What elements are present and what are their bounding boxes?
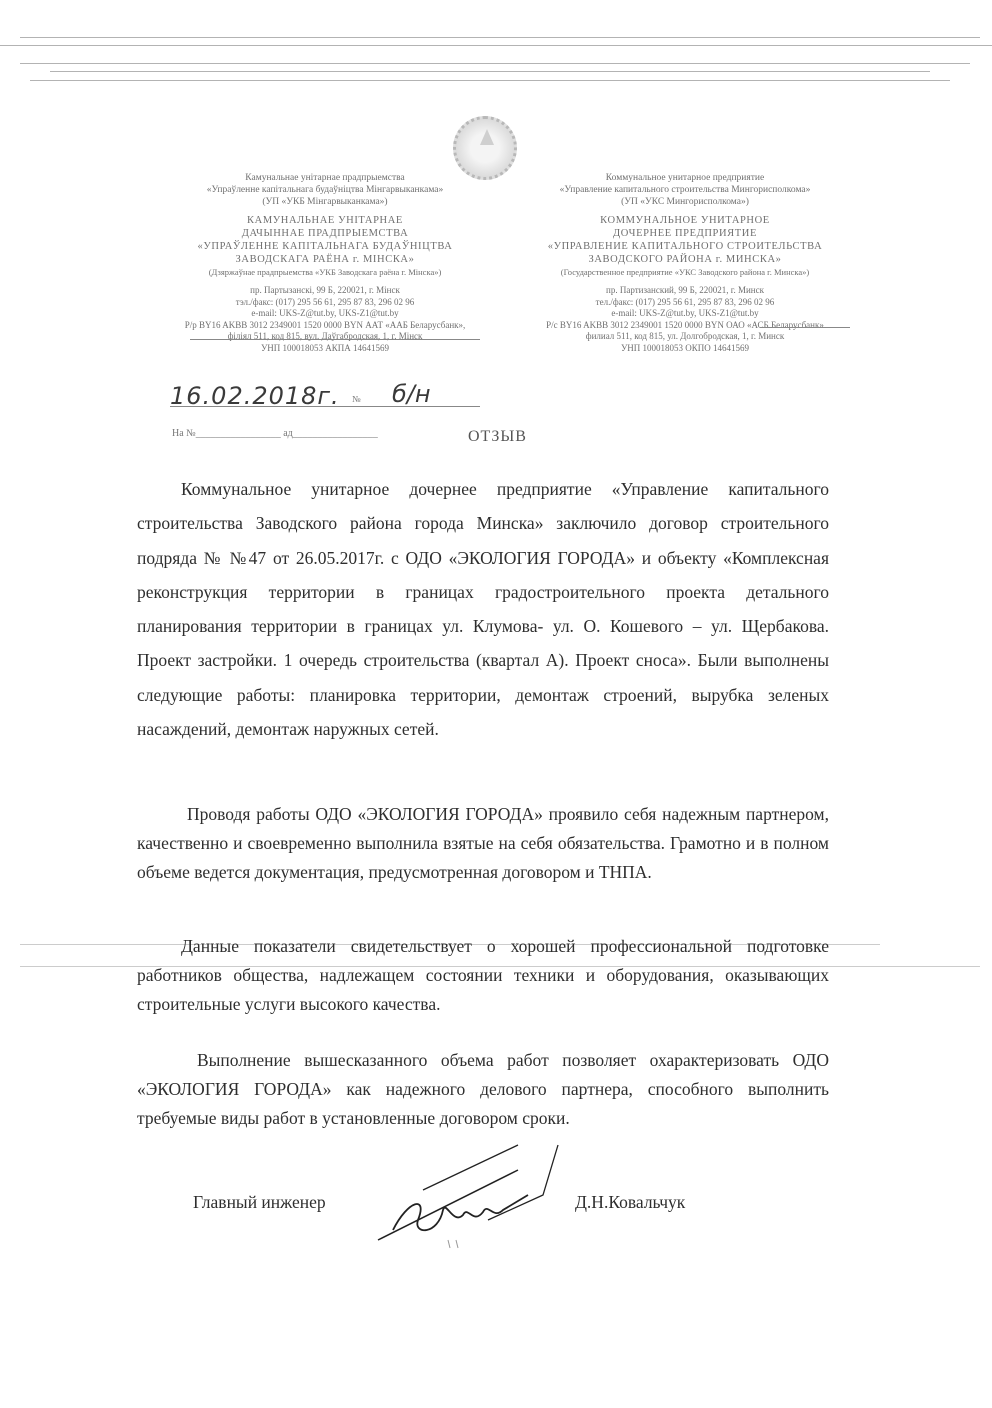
document-title: ОТЗЫВ (468, 428, 527, 446)
address-line: пр. Партизанский, 99 Б, 220021, г. Минск (520, 285, 850, 297)
org-caps-line: КАМУНАЛЬНАЕ УНІТАРНАЕ (160, 214, 490, 227)
org-name-line: Камунальнае унітарнае прадпрыемства (160, 172, 490, 184)
scan-artifact-line (20, 63, 970, 64)
body-paragraph: Коммунальное унитарное дочернее предприя… (137, 472, 829, 746)
body-paragraph: Выполнение вышесказанного объема работ п… (137, 1046, 829, 1133)
org-name-line: «Управление капитального строительства М… (520, 184, 850, 196)
letterhead-divider (760, 327, 850, 328)
tax-id-line: УНП 100018053 ОКПО 14641569 (520, 343, 850, 355)
signatory-name: Д.Н.Ковальчук (575, 1192, 685, 1213)
email-line: e-mail: UKS-Z@tut.by, UKS-Z1@tut.by (160, 308, 490, 320)
handwritten-signature-icon (368, 1140, 598, 1250)
handwritten-number: б/н (392, 380, 431, 408)
bank-branch-line: филиал 511, код 815, ул. Долгобродская, … (520, 331, 850, 343)
tax-id-line: УНП 100018053 АКПА 14641569 (160, 343, 490, 355)
org-caps-line: ДОЧЕРНЕЕ ПРЕДПРИЯТИЕ (520, 227, 850, 240)
bank-line: Р/р BY16 AKBB 3012 2349001 1520 0000 BYN… (160, 320, 490, 332)
date-underline (170, 406, 480, 407)
body-paragraph: Данные показатели свидетельствует о хоро… (137, 932, 829, 1019)
scan-artifact-line (0, 45, 992, 46)
phone-line: тэл./факс: (017) 295 56 61, 295 87 83, 2… (160, 297, 490, 309)
bank-branch-line: філіял 511, код 815, вул. Даўгабродская,… (160, 331, 490, 343)
org-former-name: (Дзяржаўнае прадпрыемства «УКБ Заводскаг… (160, 266, 490, 278)
number-label: № (352, 394, 361, 404)
org-former-name: (Государственное предприятие «УКС Заводс… (520, 266, 850, 278)
org-caps-line: «УПРАВЛЕНИЕ КАПИТАЛЬНОГО СТРОИТЕЛЬСТВА (520, 240, 850, 253)
scan-artifact-line (20, 37, 980, 38)
org-caps-line: «УПРАЎЛЕННЕ КАПІТАЛЬНАГА БУДАЎНІЦТВА (160, 240, 490, 253)
scan-artifact-line (50, 71, 930, 72)
bank-line: Р/с BY16 AKBB 3012 2349001 1520 0000 BYN… (520, 320, 850, 332)
letterhead-belarusian: Камунальнае унітарнае прадпрыемства «Упр… (160, 172, 490, 354)
org-name-line: Коммунальное унитарное предприятие (520, 172, 850, 184)
body-paragraph: Проводя работы ОДО «ЭКОЛОГИЯ ГОРОДА» про… (137, 800, 829, 887)
letterhead-divider (190, 339, 480, 340)
reference-line: На №_________________ ад________________… (172, 428, 378, 439)
org-caps-line: ЗАВОДСКОГО РАЙОНА г. МИНСКА» (520, 253, 850, 266)
org-caps-line: ДАЧЫННАЕ ПРАДПРЫЕМСТВА (160, 227, 490, 240)
org-caps-line: КОММУНАЛЬНОЕ УНИТАРНОЕ (520, 214, 850, 227)
org-name-line: (УП «УКС Мингорисполкома») (520, 196, 850, 208)
scan-artifact-line (30, 80, 950, 81)
address-line: пр. Партызанскі, 99 Б, 220021, г. Мінск (160, 285, 490, 297)
phone-line: тел./факс: (017) 295 56 61, 295 87 83, 2… (520, 297, 850, 309)
state-emblem-icon (453, 116, 517, 180)
org-caps-line: ЗАВОДСКАГА РАЁНА г. МІНСКА» (160, 253, 490, 266)
org-name-line: «Упраўленне капітальнага будаўніцтва Мін… (160, 184, 490, 196)
signatory-role: Главный инженер (193, 1192, 326, 1213)
email-line: e-mail: UKS-Z@tut.by, UKS-Z1@tut.by (520, 308, 850, 320)
org-name-line: (УП «УКБ Мінгарвыканкама») (160, 196, 490, 208)
